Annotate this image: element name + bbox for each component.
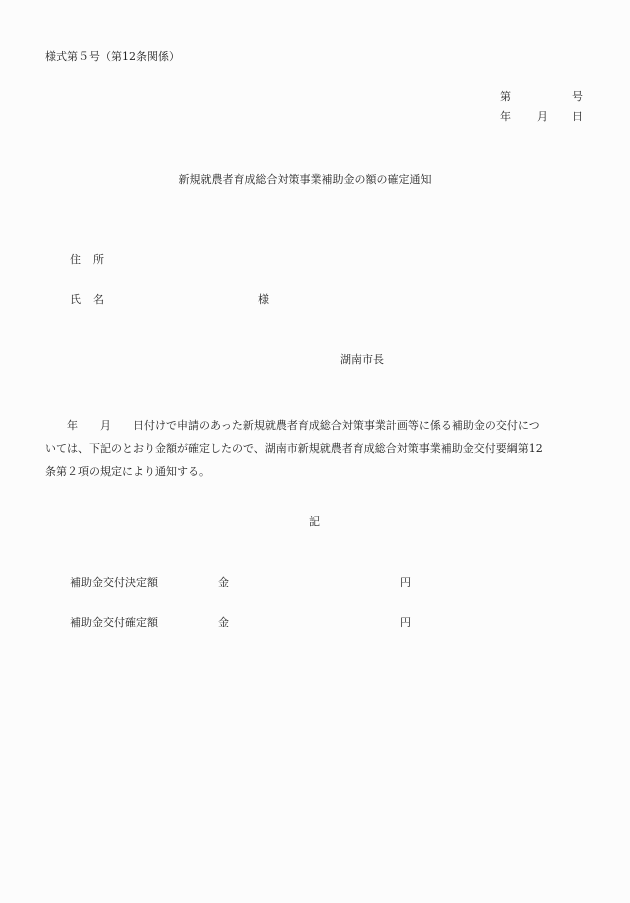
amount-unit: 円 [400, 576, 411, 590]
body-line-2: いては、下記のとおり金額が確定したので、湖南市新規就農者育成総合対策事業補助金交… [45, 437, 585, 460]
name-label: 氏名 [70, 293, 104, 307]
document-number-suffix: 号 [572, 90, 583, 104]
amount-prefix: 金 [218, 616, 229, 630]
honorific: 様 [258, 293, 269, 307]
name-label-char-1: 氏 [70, 293, 81, 306]
amount-label: 補助金交付決定額 [70, 576, 158, 590]
date-month: 月 [537, 110, 548, 124]
document-number-prefix: 第 [500, 90, 511, 104]
title-text: 新規就農者育成総合対策事業補助金の額の確定通知 [179, 173, 432, 186]
body-line-1: 年 月 日付けで申請のあった新規就農者育成総合対策事業計画等に係る補助金の交付に… [45, 414, 585, 437]
name-label-char-2: 名 [93, 293, 104, 306]
ki-heading: 記 [309, 515, 320, 529]
amount-prefix: 金 [218, 576, 229, 590]
address-label: 住所 [70, 253, 104, 267]
body-line-3: 条第２項の規定により通知する。 [45, 460, 585, 483]
form-number: 様式第５号（第12条関係） [45, 50, 180, 64]
address-label-char-1: 住 [70, 253, 81, 266]
document-title: 新規就農者育成総合対策事業補助金の額の確定通知 [0, 173, 630, 187]
address-label-char-2: 所 [93, 253, 104, 266]
amount-unit: 円 [400, 616, 411, 630]
body-paragraph: 年 月 日付けで申請のあった新規就農者育成総合対策事業計画等に係る補助金の交付に… [45, 414, 585, 483]
amount-label: 補助金交付確定額 [70, 616, 158, 630]
sender-name: 湖南市長 [340, 353, 384, 367]
date-year: 年 [500, 110, 511, 124]
date-day: 日 [572, 110, 583, 124]
